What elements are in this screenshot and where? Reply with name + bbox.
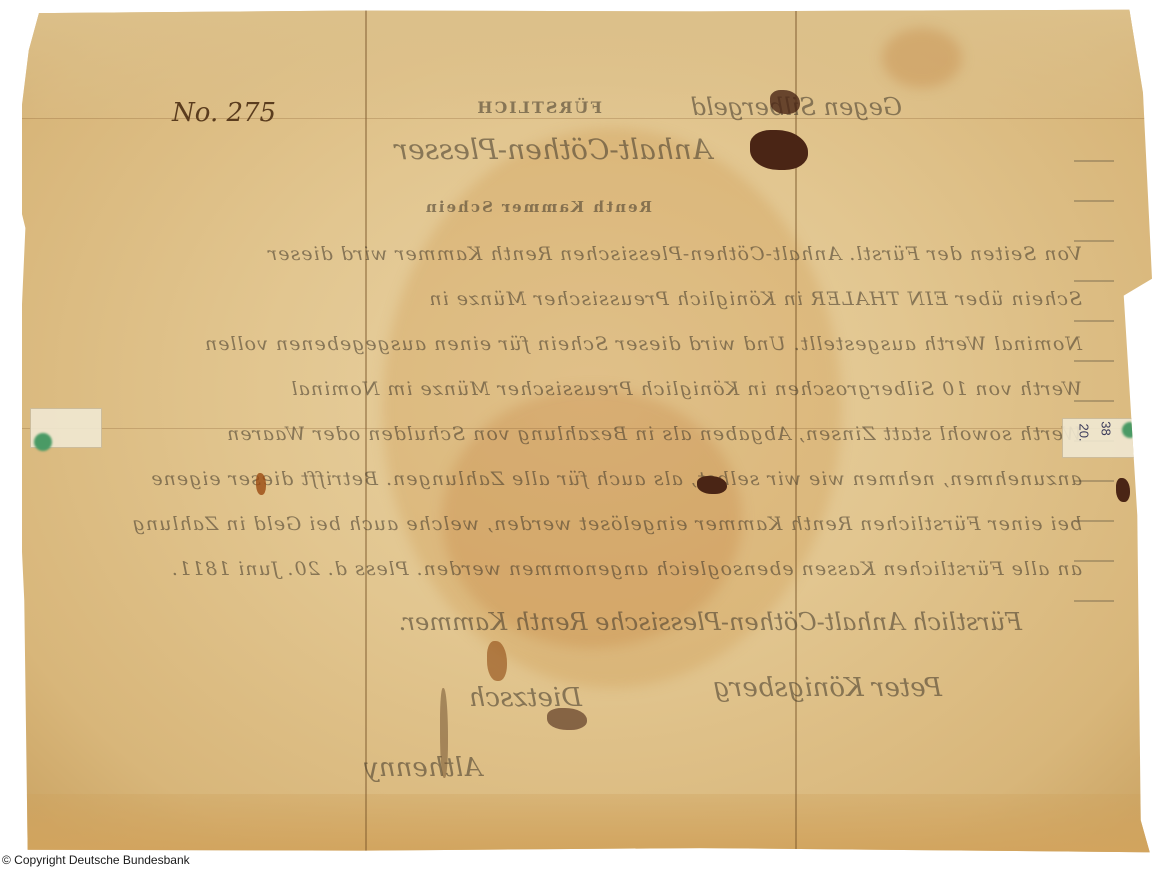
ink-blot-top-2 [770, 90, 800, 114]
drip-stain [440, 688, 448, 778]
banknote-scan: FÜRSTLICH Gegen Silbergeld Anhalt-Cöthen… [22, 8, 1152, 854]
rust-stain [487, 641, 507, 681]
signature-1: Peter Königsberg [713, 673, 942, 703]
tag-number-2: 20. [1077, 423, 1092, 441]
green-mark-right [1122, 422, 1138, 438]
body-line-4: Werth von 10 Silbergroschen in Königlich… [291, 378, 1082, 400]
closing-line: Fürstlich Anhalt-Cöthen-Plessische Renth… [399, 608, 1022, 636]
signature-3: Althenny [364, 753, 482, 783]
ink-blot-middle [697, 476, 727, 494]
heading: FÜRSTLICH [475, 98, 602, 117]
edge-blot [1116, 478, 1130, 502]
body-line-2: Schein über EIN THALER in Königlich Preu… [428, 288, 1082, 310]
handwritten-serial-number: No. 275 [172, 98, 276, 128]
body-line-3: Nominal Werth ausgestellt. Und wird dies… [204, 333, 1082, 355]
subheading-script: Anhalt-Cöthen-Plesser [395, 133, 712, 166]
top-stain [882, 28, 962, 88]
ink-blot-top [750, 130, 808, 170]
rust-spot [256, 473, 266, 495]
body-line-5: Werth sowohl statt Zinsen, Abgaben als i… [226, 423, 1082, 445]
copyright-caption: © Copyright Deutsche Bundesbank [2, 853, 190, 867]
tag-number-1: 38 [1099, 421, 1114, 435]
body-line-1: Von Seiten der Fürstl. Anhalt-Cöthen-Ple… [267, 243, 1082, 265]
body-line-6: anzunehmen, nehmen wie wir selbst, als a… [150, 468, 1082, 490]
green-mark-left [34, 433, 52, 451]
paper-tag-right: 38 20. [1062, 418, 1146, 458]
ink-blot-lower [547, 708, 587, 730]
body-line-7: bei einer Fürstlichen Renth Kammer einge… [132, 513, 1082, 535]
lower-paper-band [22, 794, 1152, 854]
subtitle: Renth Kammer Schein [424, 198, 652, 216]
body-line-8: an alle Fürstlichen Kassen ebensogleich … [171, 558, 1082, 580]
